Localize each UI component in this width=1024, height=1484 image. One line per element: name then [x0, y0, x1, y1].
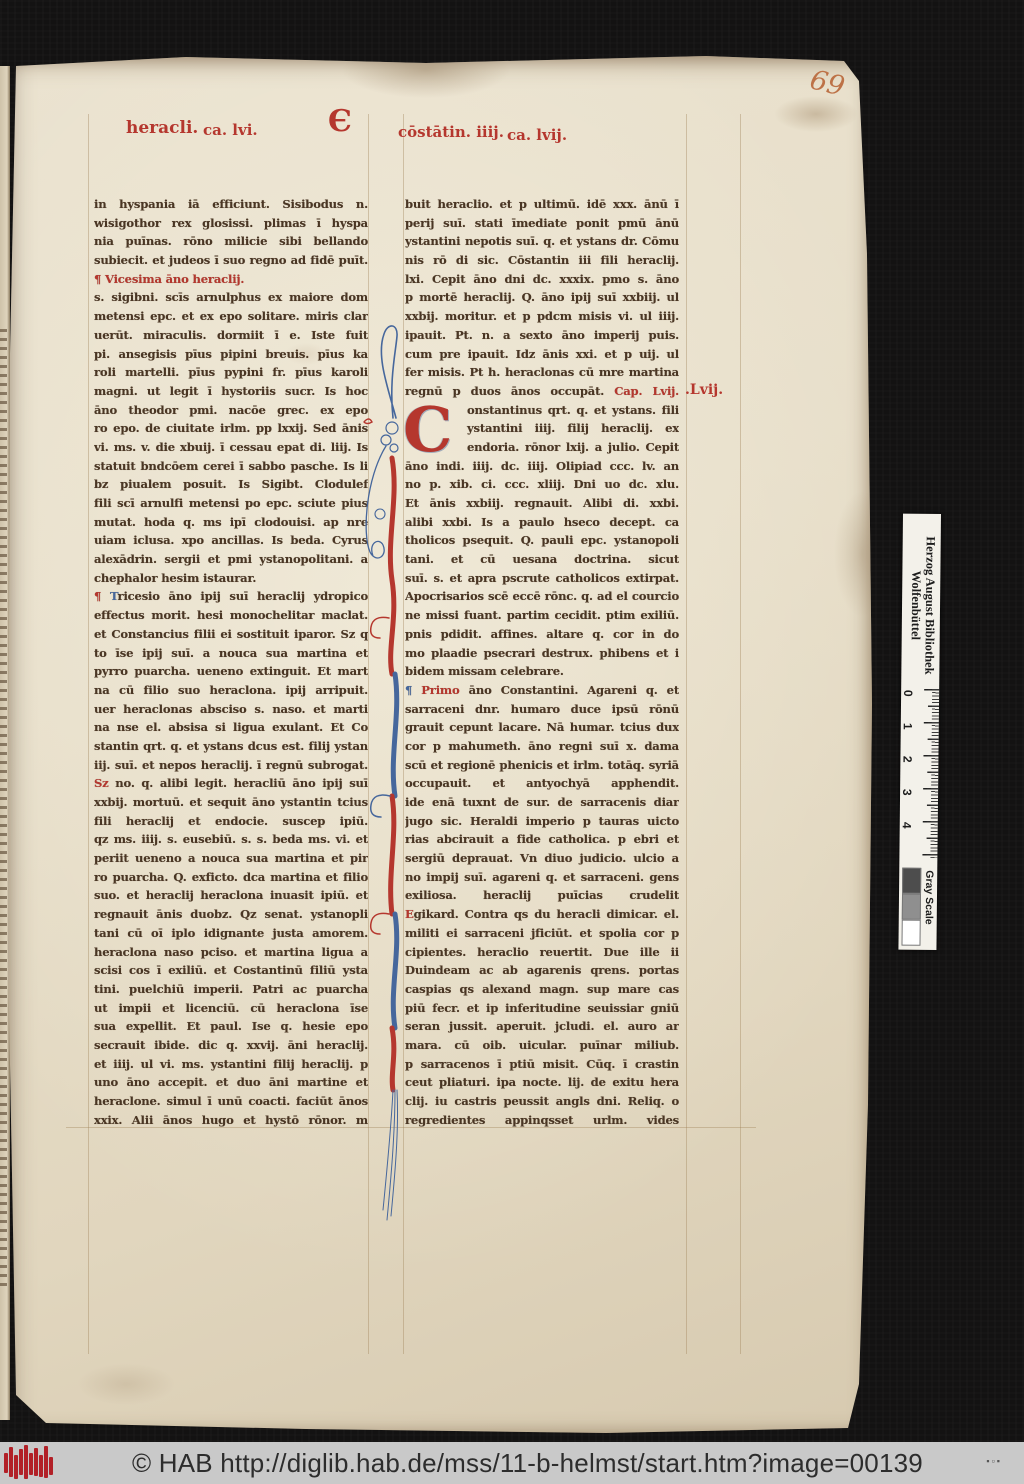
manuscript-line: ro puarcha. Q. exficto. dca martina et f… [94, 868, 368, 887]
facing-page-edge [0, 66, 10, 1420]
manuscript-line: pyrro puarcha. ueneno extinguit. Et mart [94, 662, 368, 681]
logo-bar [29, 1453, 33, 1475]
manuscript-line: alexādrin. sergii et pmi ystanopolitani.… [94, 550, 368, 569]
scale-number: 4 [900, 822, 914, 829]
manuscript-line: jugo sic. Heraldi imperio p tauras uicto [405, 812, 679, 831]
manuscript-line: subiecit. et judeos ī suo regno ad fidē … [94, 251, 368, 270]
running-header-left-chapter: ca. lvi. [203, 121, 258, 139]
gray-scale-block: Gray Scale [898, 858, 937, 950]
manuscript-line: secrauit ibide. dic q. xxvij. āni heracl… [94, 1036, 368, 1055]
manuscript-line: rias abcirauit a fide catholica. p ebri … [405, 830, 679, 849]
reference-ruler-strip: Herzog August Bibliothek Wolfenbüttel 01… [903, 514, 941, 950]
gray-scale-label: Gray Scale [923, 858, 936, 924]
manuscript-line: heraclone. simul ī unū coacti. faciūt ān… [94, 1092, 368, 1111]
manuscript-line: ro epo. de ciuitate irlm. pp lxxij. Sed … [94, 419, 368, 438]
manuscript-line: āno theodor pmi. nacōe grec. ex epo theo… [94, 401, 368, 420]
right-text-column: buit heraclio. et p ultimū. idē xxx. ānū… [405, 195, 679, 1135]
manuscript-line: ide enā tuxnt de sur. de sarracenis diar [405, 793, 679, 812]
manuscript-line: to īse ipij suī. a nouca sua martina et [94, 644, 368, 663]
manuscript-line: stantin qrt. q. et ystans dcus est. fili… [94, 737, 368, 756]
manuscript-line: pi. ansegisis pīus pipini breuis. pīus k… [94, 345, 368, 364]
manuscript-line: scisi cos ī exiliū. et Costantinū filiū … [94, 961, 368, 980]
library-name-line1: Herzog August Bibliothek [922, 522, 938, 689]
manuscript-line: Duindeam ac ab agarenis qrens. portas [405, 961, 679, 980]
facing-page-text-edge [0, 326, 7, 1286]
ruling-line [686, 114, 687, 1354]
manuscript-line: statuit bndcōem cerei ī sabbo pasche. Is… [94, 457, 368, 476]
scale-number: 3 [900, 789, 914, 796]
manuscript-line: Sz no. q. alibi legit. heracliū āno ipij… [94, 774, 368, 793]
caption-url-text: © HAB http://diglib.hab.de/mss/11-b-helm… [132, 1448, 923, 1479]
manuscript-line: xxix. Alii ānos hugo et hystō rōnor. m [94, 1111, 368, 1130]
running-header-right-title: cōstātin. iiij. [398, 123, 504, 141]
logo-bar [19, 1449, 23, 1475]
manuscript-line: p sarracenos ī ptiū misit. Cūq. ī crasti… [405, 1055, 679, 1074]
manuscript-line: tini. puelchiū imperii. Patri ac puarcha [94, 980, 368, 999]
manuscript-line: ¶ Vicesima āno heraclij. [94, 270, 368, 289]
gray-swatch [902, 894, 921, 920]
manuscript-line: cum pre ipauit. Idz ānis xxi. et p uij. … [405, 345, 679, 364]
library-name-label: Herzog August Bibliothek Wolfenbüttel [901, 514, 941, 690]
manuscript-line: buit heraclio. et p ultimū. idē xxx. ānū… [405, 195, 679, 214]
manuscript-line: grauit cepunt lacare. Nā humar. tcius du… [405, 718, 679, 737]
manuscript-line: alibi xxbi. Is a paulo hseco decept. ca [405, 513, 679, 532]
manuscript-line: nis rō di sic. Cōstantin iii fili heracl… [405, 251, 679, 270]
manuscript-line: ¶ Primo āno Constantini. Agareni q. et [405, 681, 679, 700]
caption-bar: © HAB http://diglib.hab.de/mss/11-b-helm… [0, 1442, 1024, 1484]
manuscript-line: piū fecr. et ip inferitudine seuissiar g… [405, 999, 679, 1018]
logo-bar [14, 1455, 18, 1479]
manuscript-line: magni. ut legit ī hystoriis sucr. Is hoc [94, 382, 368, 401]
manuscript-line: sua expellit. Et paul. Ise q. hesie epo [94, 1017, 368, 1036]
manuscript-line: iij. suī. et nepos heraclij. ī regnū sub… [94, 756, 368, 775]
manuscript-line: perij suī. stati īmediate ponit pmū ānū [405, 214, 679, 233]
running-header-left-title: heracli. [126, 118, 198, 138]
manuscript-line: no p. xib. ci. ccc. xliij. Dni uo dc. xl… [405, 475, 679, 494]
manuscript-line: heraclona naso pciso. et martina ligua a [94, 943, 368, 962]
manuscript-line: scū et regionē phenicis et irlm. totāq. … [405, 756, 679, 775]
manuscript-line: ut impii et licenciū. cū heraclona īse [94, 999, 368, 1018]
manuscript-line: ystantini nepotis suī. q. et ystans dr. … [405, 232, 679, 251]
logo-bar [24, 1445, 28, 1479]
manuscript-line: cipientes. heraclio reuertit. Due ille i… [405, 943, 679, 962]
manuscript-line: in hyspania iā efficiunt. Sisibodus n. [94, 195, 368, 214]
manuscript-line: exiliosa. heraclij puīcias crudelit deua… [405, 886, 679, 905]
manuscript-line: tani. et cū uesana doctrina. sicut deces… [405, 550, 679, 569]
manuscript-line: clij. iu castris peussit angls dni. Reli… [405, 1092, 679, 1111]
manuscript-line: sergiū deprauat. Vn diuo judicio. ulcio … [405, 849, 679, 868]
manuscript-line: wisigothor rex glosissi. plimas ī hyspa [94, 214, 368, 233]
manuscript-line: mutat. hoda q. ms ipī clodouisi. ap nre [94, 513, 368, 532]
manuscript-line: metensi epc. et ex epo solitare. miris c… [94, 307, 368, 326]
manuscript-photo: heracli. ca. lvi. Є cōstātin. iiij. ca. … [0, 0, 1024, 1484]
manuscript-line: suī. s. et apra pscrute catholicos extir… [405, 569, 679, 588]
manuscript-line: effectus morit. hesi monochelitar maclat… [94, 606, 368, 625]
manuscript-line: periit ueneno a nouca sua martina et pir [94, 849, 368, 868]
manuscript-line: fili scī arnulfi metensi po epc. sciute … [94, 494, 368, 513]
manuscript-line: et iiij. ul vi. ms. ystantini filij hera… [94, 1055, 368, 1074]
manuscript-line: sarraceni dnr. humaro duce ipsū rōnū [405, 700, 679, 719]
ruling-line [88, 114, 89, 1354]
quire-letter-mark: Є [328, 104, 352, 139]
manuscript-line: no impij suī. agareni q. et sarraceni. g… [405, 868, 679, 887]
logo-bar [34, 1448, 38, 1476]
logo-bar [39, 1455, 43, 1477]
manuscript-line: ne missi fuant. partim cecidit. ptim exi… [405, 606, 679, 625]
scale-number: 1 [901, 723, 915, 730]
logo-bar [44, 1446, 48, 1478]
folio-number: 69 [807, 64, 848, 102]
manuscript-line: tholicos psequit. Q. pauli epc. ystanopo… [405, 531, 679, 550]
gray-swatch [901, 920, 920, 946]
ruling-line [740, 114, 741, 1354]
manuscript-line: regnauit ānis duobz. Qz senat. ystanopli [94, 905, 368, 924]
manuscript-line: regredientes appinqsset urlm. vides hera… [405, 1111, 679, 1130]
manuscript-line: fer misis. Pt h. heraclonas cū mre marti… [405, 363, 679, 382]
manuscript-line: bidem missam celebrare. [405, 662, 679, 681]
manuscript-line: nia puīnas. rōno milicie sibi bellando [94, 232, 368, 251]
manuscript-line: ¶ Tricesio āno ipij suī heraclij ydropic… [94, 587, 368, 606]
centimeter-scale: 01234 [899, 689, 939, 859]
hab-logo [3, 1445, 57, 1481]
manuscript-line: caspias qs alexand magn. sup mare cas [405, 980, 679, 999]
manuscript-line: uno āno accepit. et duo āni martine et [94, 1073, 368, 1092]
parchment-page: heracli. ca. lvi. Є cōstātin. iiij. ca. … [6, 54, 872, 1436]
gray-swatch [902, 868, 921, 894]
manuscript-line: occupauit. et antyochyā apphendit. Sarra… [405, 774, 679, 793]
manuscript-line: pnis pdidit. affines. altare q. cor in d… [405, 625, 679, 644]
logo-bar [9, 1447, 13, 1477]
margin-chapter-number: .Lvij. [685, 382, 723, 398]
manuscript-line: ipauit. Pt. n. a sexto āno imperij puis.… [405, 326, 679, 345]
manuscript-line: xxbij. moritur. et p pdcm misis vi. ul i… [405, 307, 679, 326]
manuscript-line: mo plaadie psecrari destrux. phibens et … [405, 644, 679, 663]
penwork-border-flourish [362, 318, 406, 1228]
manuscript-line: na cū filio suo heraclona. ipij arripuit… [94, 681, 368, 700]
manuscript-line: uer heraclonas absciso s. naso. et marti [94, 700, 368, 719]
manuscript-line: seran jussit. aperuit. jcludi. el. auro … [405, 1017, 679, 1036]
manuscript-line: p mortē heraclij. Q. āno ipij suī xxbiij… [405, 288, 679, 307]
caption-mark: ▪▫▪ [986, 1456, 1002, 1466]
gray-scale-swatches [901, 868, 921, 946]
manuscript-line: Et ānis xxbiij. regnauit. Alibi di. xxbi… [405, 494, 679, 513]
manuscript-line: xxbij. mortuū. et sequit āno ystantin tc… [94, 793, 368, 812]
scale-number: 2 [900, 756, 914, 763]
manuscript-line: tani cū oī iplo idignante justa amorem. [94, 924, 368, 943]
manuscript-line: chephalor hesim istaurar. [94, 569, 368, 588]
manuscript-line: militi ei sarraceni jficiūt. et spolia c… [405, 924, 679, 943]
manuscript-line: mara. cū oib. uicular. puīnar miliub. [405, 1036, 679, 1055]
decorated-initial: C [403, 401, 452, 459]
manuscript-line: fili heraclij et endocie. suscep ipiū. r… [94, 812, 368, 831]
left-text-column: in hyspania iā efficiunt. Sisibodus n.wi… [94, 195, 368, 1135]
logo-bar [4, 1453, 8, 1473]
manuscript-line: qz ms. iiij. s. eusebiū. s. s. beda ms. … [94, 830, 368, 849]
manuscript-line: et Constancius filii ei sostituit iparor… [94, 625, 368, 644]
manuscript-line: lxi. Cepit āno dni dc. xxxix. pmo s. āno [405, 270, 679, 289]
logo-bar [49, 1457, 53, 1475]
manuscript-line: suo. et heraclij heraclona inuasit ipiū.… [94, 886, 368, 905]
manuscript-line: bz piualem posuit. Is Sigibt. Clodulef [94, 475, 368, 494]
manuscript-line: uiam iclusa. xpo ancillas. Is beda. Cyru… [94, 531, 368, 550]
running-header-right-chapter: ca. lvij. [507, 126, 567, 144]
manuscript-line: ceut pliaturi. ipa nocte. lij. de exitu … [405, 1073, 679, 1092]
manuscript-line: Egikard. Contra qs du heracli dimicar. e… [405, 905, 679, 924]
manuscript-line: na nse el. absisa si ligua exulant. Et C… [94, 718, 368, 737]
manuscript-line: cor p mahumeth. āno regni suī x. dama [405, 737, 679, 756]
manuscript-line: roli martelli. pīus pypini fr. pīus karo… [94, 363, 368, 382]
scale-number: 0 [901, 690, 915, 697]
manuscript-line: Apocrisarios scē eccē rōnc. q. ad el cou… [405, 587, 679, 606]
manuscript-line: uerūt. miraculis. dormiit ī e. Iste fuit [94, 326, 368, 345]
manuscript-line: vi. ms. v. die xbuij. ī cessau epat di. … [94, 438, 368, 457]
manuscript-line: s. sigibni. scīs arnulphus ex maiore dom [94, 288, 368, 307]
